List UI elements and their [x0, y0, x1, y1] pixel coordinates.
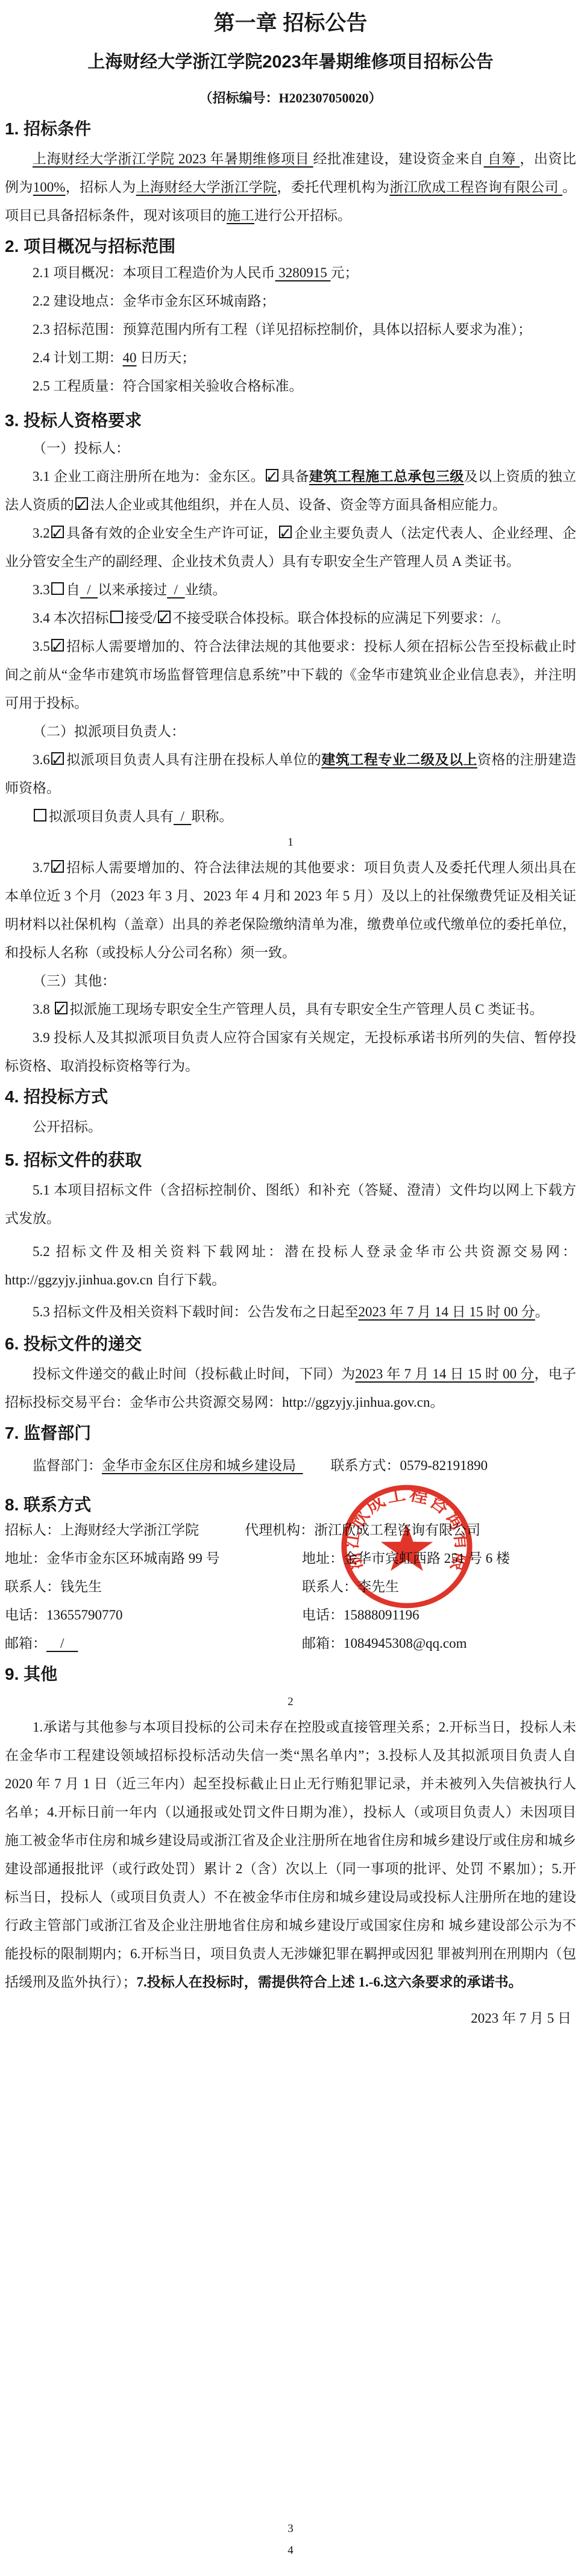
text-run: 3.3	[33, 582, 50, 597]
clause-3-7: 3.7✓招标人需要增加的、符合法律法规的其他要求：项目负责人及委托代理人须出具在…	[5, 853, 576, 967]
section-3-heading: 3. 投标人资格要求	[5, 410, 576, 432]
checkbox-checked-icon: ✓	[51, 752, 64, 765]
page-number-4: 4	[0, 2542, 581, 2559]
clause-3-2: 3.2✓具备有效的企业安全生产许可证，✓企业主要负责人（法定代表人、企业经理、企…	[5, 519, 576, 576]
agency-phone: 电话：15888091196	[302, 1601, 576, 1629]
section-8-heading: 8. 联系方式	[5, 1494, 576, 1516]
text-run: 不接受联合体投标。联合体投标的应满足下列要求：/。	[173, 611, 509, 626]
supervision-phone: 联系方式：0579-82191890	[303, 1458, 488, 1473]
text-run: 业绩。	[185, 582, 227, 597]
text-run: 3.4 本次招标	[33, 611, 109, 626]
doc-title: 上海财经大学浙江学院2023年暑期维修项目招标公告	[0, 51, 581, 74]
submission-paragraph: 投标文件递交的截止时间（投标截止时间，下同）为2023 年 7 月 14 日 1…	[5, 1360, 576, 1416]
section-4-heading: 4. 招投标方式	[5, 1086, 576, 1108]
section-7-heading: 7. 监督部门	[5, 1422, 576, 1444]
text-run: 3.7	[33, 860, 50, 875]
section-6-heading: 6. 投标文件的递交	[5, 1333, 576, 1355]
text-run: 拟派项目负责人具有	[49, 809, 174, 824]
section-5-heading: 5. 招标文件的获取	[5, 1149, 576, 1171]
text-run: 招标人需要增加的、符合法律法规的其他要求：项目负责人及委托代理人须出具在本单位近…	[5, 860, 576, 960]
text-run: ，招标人为	[65, 180, 136, 195]
project-name-underlined: 上海财经大学浙江学院 2023 年暑期维修项目	[33, 151, 313, 166]
text-run: 元；	[331, 265, 359, 280]
other-requirements-paragraph: 1.承诺与其他参与本项目投标的公司未存在控股或直接管理关系；2.开标当日，投标人…	[5, 1713, 576, 1996]
checkbox-checked-icon: ✓	[55, 1002, 68, 1014]
tenderee-email: 邮箱： /	[5, 1629, 302, 1657]
blank-underlined: /	[46, 1636, 78, 1651]
page-number-1: 1	[0, 834, 581, 851]
text-run: 法人企业或其他组织，并在人员、设备、资金等方面具备相应能力。	[90, 497, 506, 512]
blank-underlined: /	[174, 809, 191, 824]
text-run: 进行公开招标。	[254, 208, 351, 223]
contact-row-person: 联系人：钱先生 联系人：李先生	[5, 1572, 576, 1601]
contact-row-address: 地址：金华市金东区环城南路 99 号 地址：金华市宾虹西路 251 号 6 楼	[5, 1544, 576, 1572]
text-run: 3.8	[33, 1002, 54, 1017]
text-run: 1.承诺与其他参与本项目投标的公司未存在控股或直接管理关系；2.开标当日，投标人…	[5, 1720, 576, 1990]
text-run: 具备有效的企业安全生产许可证，	[66, 526, 278, 541]
clause-3-9: 3.9 投标人及其拟派项目负责人应符合国家有关规定，无投标承诺书所列的失信、暂停…	[5, 1023, 576, 1080]
text-run: 拟派施工现场专职安全生产管理人员，具有专职安全生产管理人员 C 类证书。	[70, 1002, 544, 1017]
agency-email: 邮箱：1084945308@qq.com	[302, 1629, 576, 1657]
announcement-date: 2023 年 7 月 5 日	[5, 2005, 571, 2032]
contact-row-email: 邮箱： / 邮箱：1084945308@qq.com	[5, 1629, 576, 1657]
agency-underlined: 浙江欣成工程咨询有限公司	[389, 180, 562, 195]
tenderee-name: 招标人：上海财经大学浙江学院	[5, 1516, 245, 1544]
chapter-title: 第一章 招标公告	[0, 0, 581, 37]
text-run: 2.1 项目概况：本项目工程造价为人民币	[33, 265, 275, 280]
clause-3-4: 3.4 本次招标接受/✓不接受联合体投标。联合体投标的应满足下列要求：/。	[5, 604, 576, 632]
text-run: 日历天；	[137, 350, 196, 365]
supervision-dept-underlined: 金华市金东区住房和城乡建设局	[102, 1458, 303, 1473]
text-run: ，委托代理机构为	[277, 180, 389, 195]
duration-days-underlined: 40	[123, 350, 137, 365]
agency-name: 代理机构：浙江欣成工程咨询有限公司	[245, 1516, 576, 1544]
text-run: 经批准建设，建设资金来自	[313, 151, 484, 166]
checkbox-checked-icon: ✓	[279, 526, 292, 538]
checkbox-checked-icon: ✓	[75, 497, 88, 510]
clause-3-6b: 拟派项目负责人具有 / 职称。	[5, 802, 576, 831]
download-deadline-underlined: 2023 年 7 月 14 日 15 时 00 分	[359, 1304, 535, 1319]
checkbox-empty-icon	[110, 611, 123, 623]
checkbox-checked-icon: ✓	[158, 611, 171, 623]
fund-source-underlined: 自筹	[484, 151, 520, 166]
tenderee-phone: 电话：13655790770	[5, 1601, 302, 1629]
checkbox-checked-icon: ✓	[266, 469, 278, 482]
text-run: 监督部门：	[33, 1458, 102, 1473]
blank-underlined: /	[80, 582, 98, 597]
text-run: 职称。	[191, 809, 233, 824]
subsection-other: （三）其他：	[5, 967, 576, 995]
blank-underlined: /	[167, 582, 184, 597]
clause-3-8: 3.8 ✓拟派施工现场专职安全生产管理人员，具有专职安全生产管理人员 C 类证书…	[5, 995, 576, 1023]
text-run: 3.6	[33, 752, 50, 767]
text-run: 投标文件递交的截止时间（投标截止时间，下同）为	[33, 1366, 355, 1381]
text-run: 拟派项目负责人具有注册在投标人单位的	[66, 752, 322, 767]
text-run: 。	[535, 1304, 549, 1319]
clause-3-3: 3.3自 / 以来承接过 / 业绩。	[5, 576, 576, 604]
duration-line: 2.4 计划工期：40 日历天；	[5, 344, 576, 372]
text-run: 具备	[281, 469, 309, 484]
checkbox-empty-icon	[34, 809, 46, 821]
checkbox-empty-icon	[51, 582, 64, 595]
text-run: 自	[66, 582, 80, 597]
agency-contact-person: 联系人：李先生	[302, 1572, 576, 1601]
email-label: 邮箱：	[5, 1636, 46, 1651]
section-2-heading: 2. 项目概况与招标范围	[5, 236, 576, 257]
bidding-method: 公开招标。	[5, 1113, 576, 1141]
clause-5-2: 5.2 招标文件及相关资料下载网址：潜在投标人登录金华市公共资源交易网：http…	[5, 1237, 576, 1294]
text-run: 2.4 计划工期：	[33, 350, 123, 365]
qualification-grade-bold-underlined: 建筑工程施工总承包三级	[309, 469, 464, 484]
clause-5-1: 5.1 本项目招标文件（含招标控制价、图纸）和补充（答疑、澄清）文件均以网上下载…	[5, 1176, 576, 1233]
section-1-heading: 1. 招标条件	[5, 118, 576, 140]
text-run: 3.1 企业工商注册所在地为：金东区。	[33, 469, 265, 484]
clause-3-5: 3.5✓招标人需要增加的、符合法律法规的其他要求：投标人须在招标公告至投标截止时…	[5, 632, 576, 717]
page-number-3: 3	[0, 2521, 581, 2537]
location-line: 2.2 建设地点：金华市金东区环城南路；	[5, 287, 576, 315]
tender-announcement-document: 第一章 招标公告 上海财经大学浙江学院2023年暑期维修项目招标公告 （招标编号…	[0, 0, 581, 2576]
text-run: 招标人需要增加的、符合法律法规的其他要求：投标人须在招标公告至投标截止时间之前从…	[5, 639, 576, 711]
checkbox-checked-icon: ✓	[51, 860, 64, 873]
section-8-contacts: 8. 联系方式 招标人：上海财经大学浙江学院 代理机构：浙江欣成工程咨询有限公司…	[0, 1494, 581, 1657]
tenderee-underlined: 上海财经大学浙江学院	[136, 180, 277, 195]
project-overview-line: 2.1 项目概况：本项目工程造价为人民币 3280915 元；	[5, 259, 576, 287]
tenderee-contact-person: 联系人：钱先生	[5, 1572, 302, 1601]
contact-row-phone: 电话：13655790770 电话：15888091196	[5, 1601, 576, 1629]
scope-line: 2.3 招标范围：预算范围内所有工程（详见招标控制价，具体以招标人要求为准）；	[5, 315, 576, 344]
fund-ratio-underlined: 100%	[33, 180, 66, 195]
page-number-2: 2	[0, 1694, 581, 1711]
project-cost-underlined: 3280915	[275, 265, 331, 280]
builder-grade-bold-underlined: 建筑工程专业二级及以上	[321, 752, 477, 767]
text-run: 3.2	[33, 526, 50, 541]
construction-underlined: 施工	[227, 208, 254, 223]
tender-number: （招标编号：H202307050020）	[0, 89, 581, 107]
text-run: 以来承接过	[98, 582, 167, 597]
supervision-line: 监督部门：金华市金东区住房和城乡建设局 联系方式：0579-82191890	[5, 1451, 576, 1480]
tenderee-address: 地址：金华市金东区环城南路 99 号	[5, 1544, 302, 1572]
clause-3-1: 3.1 企业工商注册所在地为：金东区。✓具备建筑工程施工总承包三级及以上资质的独…	[5, 462, 576, 519]
clause-3-6: 3.6✓拟派项目负责人具有注册在投标人单位的建筑工程专业二级及以上资格的注册建造…	[5, 746, 576, 802]
checkbox-checked-icon: ✓	[51, 526, 64, 538]
section-1-paragraph: 上海财经大学浙江学院 2023 年暑期维修项目 经批准建设，建设资金来自 自筹 …	[5, 145, 576, 230]
quality-line: 2.5 工程质量：符合国家相关验收合格标准。	[5, 372, 576, 400]
blank-page-area	[0, 2032, 581, 2521]
section-9-heading: 9. 其他	[5, 1663, 576, 1685]
clause-5-3: 5.3 招标文件及相关资料下载时间：公告发布之日起至2023 年 7 月 14 …	[5, 1298, 576, 1326]
submission-deadline-underlined: 2023 年 7 月 14 日 15 时 00 分	[355, 1366, 534, 1381]
subsection-bidder: （一）投标人：	[5, 434, 576, 462]
contact-row-parties: 招标人：上海财经大学浙江学院 代理机构：浙江欣成工程咨询有限公司	[5, 1516, 576, 1544]
text-run: 5.3 招标文件及相关资料下载时间：公告发布之日起至	[33, 1304, 359, 1319]
subsection-project-leader: （二）拟派项目负责人：	[5, 717, 576, 746]
text-run: 3.5	[33, 639, 50, 654]
commitment-bold: 7.投标人在投标时，需提供符合上述 1.-6.这六条要求的承诺书。	[137, 1974, 523, 1990]
checkbox-checked-icon: ✓	[51, 639, 64, 652]
text-run: 接受/	[125, 611, 157, 626]
agency-address: 地址：金华市宾虹西路 251 号 6 楼	[302, 1544, 576, 1572]
